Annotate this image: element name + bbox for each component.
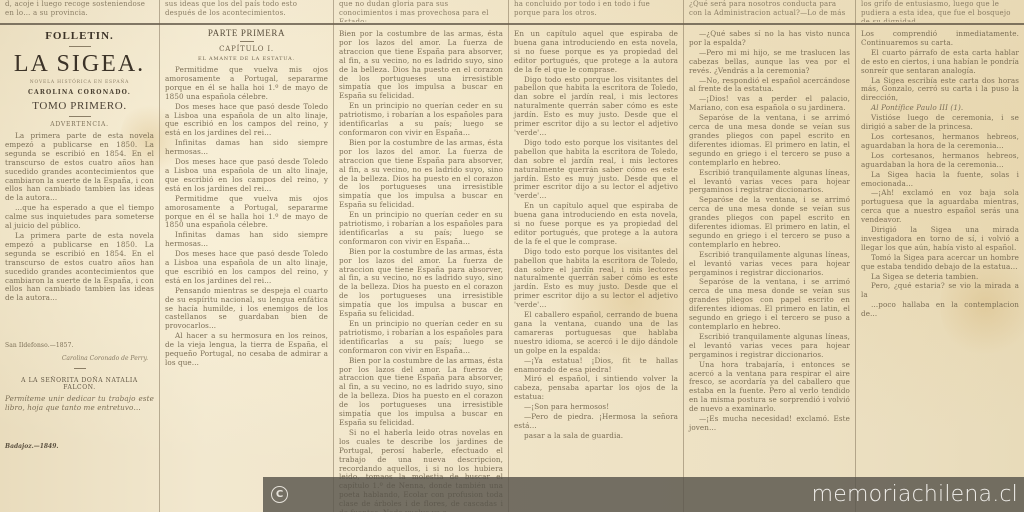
paragraph: Dos meses hace que pasó desde Toledo a L…: [165, 250, 328, 286]
paragraph: Bien por la costumbre de las armas, ésta…: [339, 357, 503, 428]
paragraph: El cuarto párrafo de esta carta hablar d…: [861, 49, 1019, 76]
newspaper-page: d, acoje i luego recoge sosteniendose en…: [0, 0, 1024, 512]
paragraph: Los cortesanos, hermanos hebreos, aguard…: [861, 133, 1019, 151]
column-top-strip: que no dudan gloria para sus conocimient…: [339, 0, 503, 22]
paragraph: Bien por la costumbre de las armas, ésta…: [339, 30, 503, 101]
advertencia-heading: ADVERTENCIA.: [5, 121, 154, 128]
folletin-kicker: FOLLETIN.: [5, 30, 154, 42]
paragraph: Bien por la costumbre de las armas, ésta…: [339, 248, 503, 319]
dedication-heading: A LA SEÑORITA DOÑA NATALIA FALCON.: [5, 377, 154, 391]
column-6: los grifo de entusiasmo, luego que le pu…: [856, 0, 1024, 512]
column-top-strip: ha concluido por todo i en todo i fue po…: [514, 0, 678, 22]
paragraph: Al hacer a su hermosura en los reinos, d…: [165, 332, 328, 368]
paragraph: Digo todo esto porque los visitantes del…: [514, 248, 678, 310]
column-top-strip: ¿Qué será para nosotros conducta para co…: [689, 0, 850, 22]
novel-subtitle: NOVELA HISTÓRICA EN ESPAÑA: [5, 80, 154, 85]
column-body: Bien por la costumbre de las armas, ésta…: [339, 30, 503, 512]
paragraph: En un principio no querían ceder en su p…: [339, 320, 503, 356]
novel-title: LA SIGEA.: [5, 51, 154, 78]
column-body: En un capítulo aquel que espiraba de bue…: [514, 30, 678, 441]
paragraph: —Pero de piedra. ¡Hermosa la señora está…: [514, 413, 678, 431]
column-4: ha concluido por todo i en todo i fue po…: [509, 0, 683, 512]
paragraph: —¡Es mucha necesidad! exclamó. Este jove…: [689, 415, 850, 433]
paragraph: —¡Ya estatua! ¡Dios, fit te hallas enamo…: [514, 357, 678, 375]
column-top-strip: d, acoje i luego recoge sosteniendose en…: [5, 0, 154, 22]
column-body: —¿Qué sabes sí no la has visto nunca por…: [689, 30, 850, 433]
dedication-date: Badajoz.—1849.: [5, 443, 154, 450]
paragraph: La Sigea escribía este carta dos horas m…: [861, 77, 1019, 104]
paragraph: Los cortesanos, hermanos hebreos, aguard…: [861, 152, 1019, 170]
paragraph: Pensando mientras se despeja el cuarto d…: [165, 287, 328, 332]
divider: [69, 46, 91, 47]
paragraph: Separóse de la ventana, i se arrimó cerc…: [689, 278, 850, 331]
paragraph: —¡Ah! exclamó en voz baja sola portugues…: [861, 189, 1019, 225]
paragraph: Digo todo esto porque los visitantes del…: [514, 76, 678, 138]
paragraph: La primera parte de esta novela empezó a…: [5, 232, 154, 303]
column-5: ¿Qué será para nosotros conducta para co…: [684, 0, 855, 512]
brand-watermark: memoriachilena.cl: [812, 482, 1018, 507]
paragraph: La Sigea hacia la fuente, solas i emocio…: [861, 171, 1019, 189]
divider: [74, 368, 86, 369]
paragraph: Una hora trabajaría, i entonces se acerc…: [689, 361, 850, 414]
chapter-subtitle: EL AMANTE DE LA ESTATUA.: [165, 56, 328, 62]
novel-author: CAROLINA CORONADO.: [5, 89, 154, 96]
column-body: Permitidme que vuelva mis ojos amorosame…: [165, 66, 328, 368]
part-title: PARTE PRIMERA: [165, 28, 328, 38]
column-body: Los comprendió inmediatamente. Continuar…: [861, 30, 1019, 319]
paragraph: En un capítulo aquel que espiraba de bue…: [514, 30, 678, 75]
divider: [240, 41, 254, 42]
paragraph: En un principio no querían ceder en su p…: [339, 102, 503, 138]
paragraph: La Sigea se deteria tambien.: [861, 273, 1019, 282]
watermark-bar: C memoriachilena.cl: [263, 477, 1024, 512]
paragraph: Pero, ¿qué estaria? se vio la mirada a l…: [861, 282, 1019, 300]
paragraph: …poco hallaba en la contemplacion de…: [861, 301, 1019, 319]
paragraph: Separóse de la ventana, i se arrimó cerc…: [689, 114, 850, 167]
paragraph: Infinitas damas han sido siempre hermosa…: [165, 231, 328, 249]
column-top-strip: los grifo de entusiasmo, luego que le pu…: [861, 0, 1019, 22]
paragraph: Bien por la costumbre de las armas, ésta…: [339, 139, 503, 210]
paragraph: Los comprendió inmediatamente. Continuar…: [861, 30, 1019, 48]
paragraph: Permitidme que vuelva mis ojos amorosame…: [165, 195, 328, 231]
divider: [69, 116, 91, 117]
paragraph: El caballero español, cerrando de buena …: [514, 311, 678, 356]
paragraph: La primera parte de esta novela empezó a…: [5, 132, 154, 203]
paragraph: En un principio no querían ceder en su p…: [339, 211, 503, 247]
paragraph: …que ha esperado a que el tiempo calme s…: [5, 204, 154, 231]
paragraph: En un capítulo aquel que espiraba de bue…: [514, 202, 678, 247]
creative-commons-icon: C: [271, 486, 288, 503]
column-3: que no dudan gloria para sus conocimient…: [334, 0, 508, 512]
paragraph: Escribió tranquilamente algunas líneas, …: [689, 169, 850, 196]
column-2: sus ideas que los del país todo esto des…: [160, 0, 333, 512]
paragraph: Vistióse luego de ceremonia, i se dirigi…: [861, 114, 1019, 132]
paragraph: Separóse de la ventana, i se arrimó cerc…: [689, 196, 850, 249]
chapter-heading: PARTE PRIMERA CAPÍTULO I. EL AMANTE DE L…: [165, 28, 328, 62]
chapter-title: CAPÍTULO I.: [165, 45, 328, 53]
paragraph: —No, respondió el español acercándose al…: [689, 77, 850, 95]
paragraph: Permitidme que vuelva mis ojos amorosame…: [165, 66, 328, 102]
column-folletin: d, acoje i luego recoge sosteniendose en…: [0, 0, 159, 512]
volume-label: TOMO PRIMERO.: [5, 100, 154, 112]
column-top-strip: sus ideas que los del país todo esto des…: [165, 0, 328, 22]
signature-place: San Ildefonso.—1857.: [5, 342, 154, 351]
paragraph: Escribió tranquilamente algunas líneas, …: [689, 251, 850, 278]
paragraph: —Pero mi mi hijo, se me traslucen las ca…: [689, 49, 850, 76]
paragraph: Al Pontífice Paulo III (1).: [861, 104, 1019, 113]
paragraph: —¿Qué sabes sí no la has visto nunca por…: [689, 30, 850, 48]
paragraph: —¡Son para hermosos!: [514, 403, 678, 412]
paragraph: Tomó la Sigea para acercar un hombre que…: [861, 254, 1019, 272]
paragraph: Dos meses hace que pasó desde Toledo a L…: [165, 103, 328, 139]
dedication-body: Permíteme unir dedicar tu trabajo este l…: [5, 395, 154, 439]
paragraph: pasar a la sala de guardia.: [514, 432, 678, 441]
paragraph: Dirigió la Sigea una mirada investigador…: [861, 226, 1019, 253]
paragraph: Escribió tranquilamente algunas líneas, …: [689, 333, 850, 360]
paragraph: —¡Dios! vas a perder el palacio, Mariano…: [689, 95, 850, 113]
paragraph: Miró el español, i sintiendo volver la c…: [514, 375, 678, 402]
column-body: La primera parte de esta novela empezó a…: [5, 132, 154, 342]
signature: Carolina Coronado de Perry.: [5, 355, 148, 362]
folletin-masthead: FOLLETIN. LA SIGEA. NOVELA HISTÓRICA EN …: [5, 22, 154, 128]
paragraph: Dos meses hace que pasó desde Toledo a L…: [165, 158, 328, 194]
paragraph: Digo todo esto porque los visitantes del…: [514, 139, 678, 201]
paragraph: Infinitas damas han sido siempre hermosa…: [165, 139, 328, 157]
